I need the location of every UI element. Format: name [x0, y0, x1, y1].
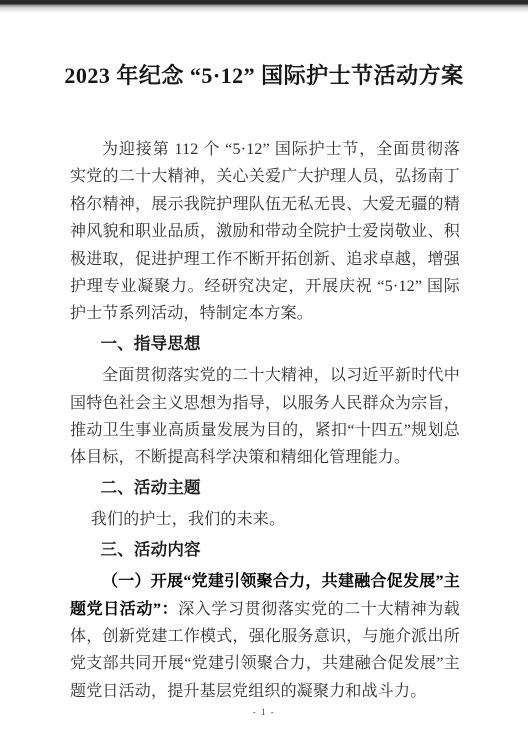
- page-number: - 1 -: [0, 707, 528, 717]
- guiding-thought-paragraph: 全面贯彻落实党的二十大精神，以习近平新时代中国特色社会主义思想为指导，以服务人民…: [70, 362, 460, 472]
- section-heading-activity-content: 三、活动内容: [70, 537, 460, 564]
- document-title: 2023 年纪念 “5·12” 国际护士节活动方案: [30, 61, 498, 91]
- section-heading-guiding-thought: 一、指导思想: [70, 331, 460, 358]
- intro-paragraph: 为迎接第 112 个 “5·12” 国际护士节，全面贯彻落实党的二十大精神，关心…: [70, 136, 460, 328]
- activity-item-1-paragraph: （一）开展“党建引领聚合力，共建融合促发展”主题党日活动”：深入学习贯彻落实党的…: [70, 568, 460, 705]
- document-page: 2023 年纪念 “5·12” 国际护士节活动方案 为迎接第 112 个 “5·…: [0, 0, 528, 749]
- activity-theme-paragraph: 我们的护士，我们的未来。: [70, 506, 460, 533]
- document-body: 为迎接第 112 个 “5·12” 国际护士节，全面贯彻落实党的二十大精神，关心…: [70, 136, 460, 705]
- section-heading-activity-theme: 二、活动主题: [70, 475, 460, 502]
- top-window-shadow: [0, 0, 528, 13]
